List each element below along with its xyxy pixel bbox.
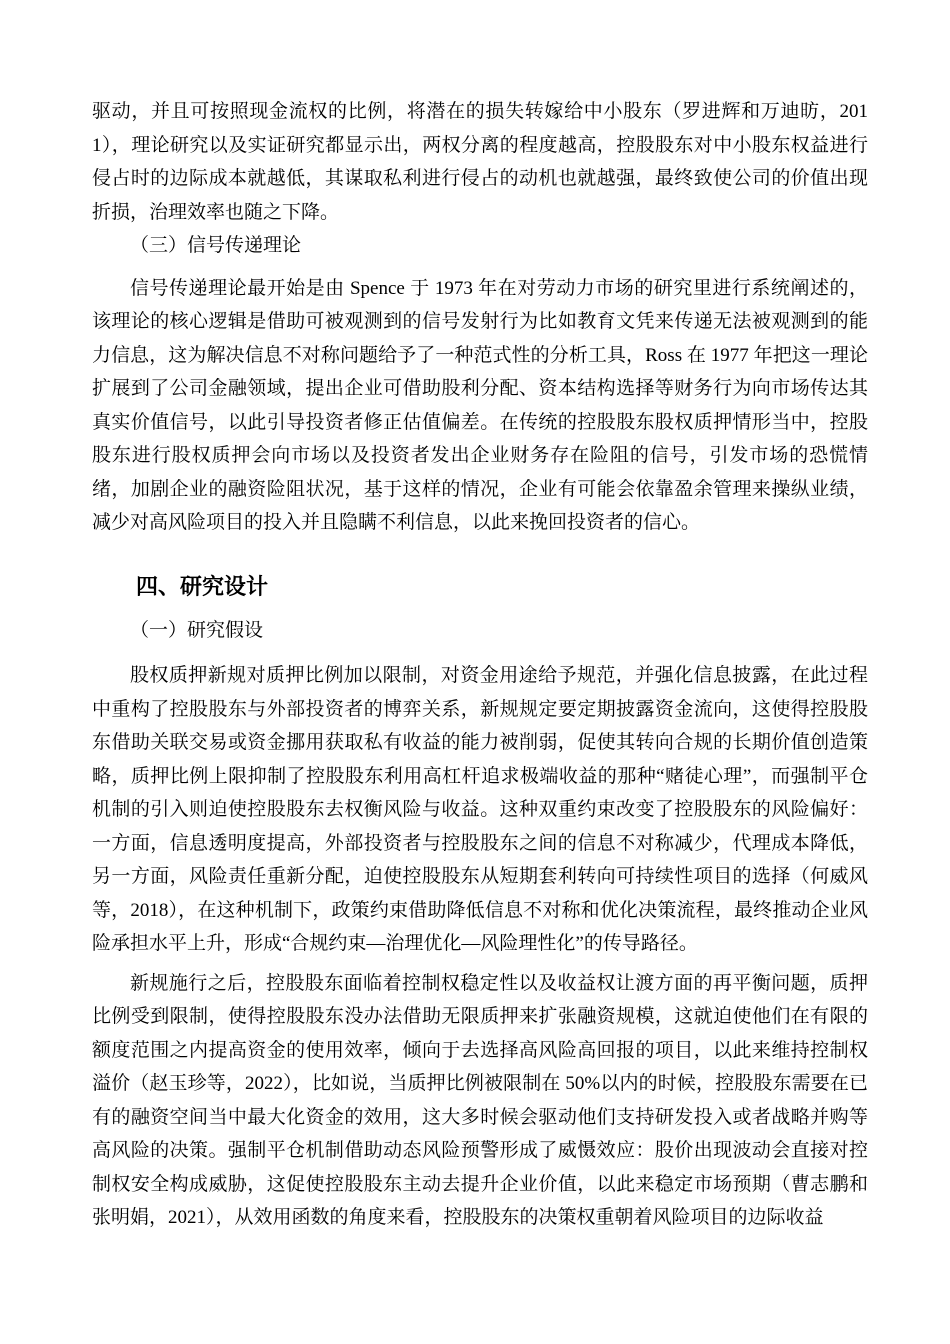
subheading-research-hypothesis: （一）研究假设 <box>92 614 868 648</box>
section-heading-research-design: 四、研究设计 <box>92 572 868 602</box>
paragraph-signal-transmission-theory: 信号传递理论最开始是由 Spence 于 1973 年在对劳动力市场的研究里进行… <box>92 272 868 540</box>
paragraph-hypothesis-mechanism: 股权质押新规对质押比例加以限制，对资金用途给予规范，并强化信息披露，在此过程中重… <box>92 659 868 961</box>
paragraph-hypothesis-rebalance: 新规施行之后，控股股东面临着控制权稳定性以及收益权让渡方面的再平衡问题，质押比例… <box>92 967 868 1235</box>
subheading-signal-transmission-theory: （三）信号传递理论 <box>92 229 868 263</box>
document-page: 驱动，并且可按照现金流权的比例，将潜在的损失转嫁给中小股东（罗进辉和万迪昉，20… <box>0 0 950 1344</box>
paragraph-agency-theory-continuation: 驱动，并且可按照现金流权的比例，将潜在的损失转嫁给中小股东（罗进辉和万迪昉，20… <box>92 95 868 229</box>
